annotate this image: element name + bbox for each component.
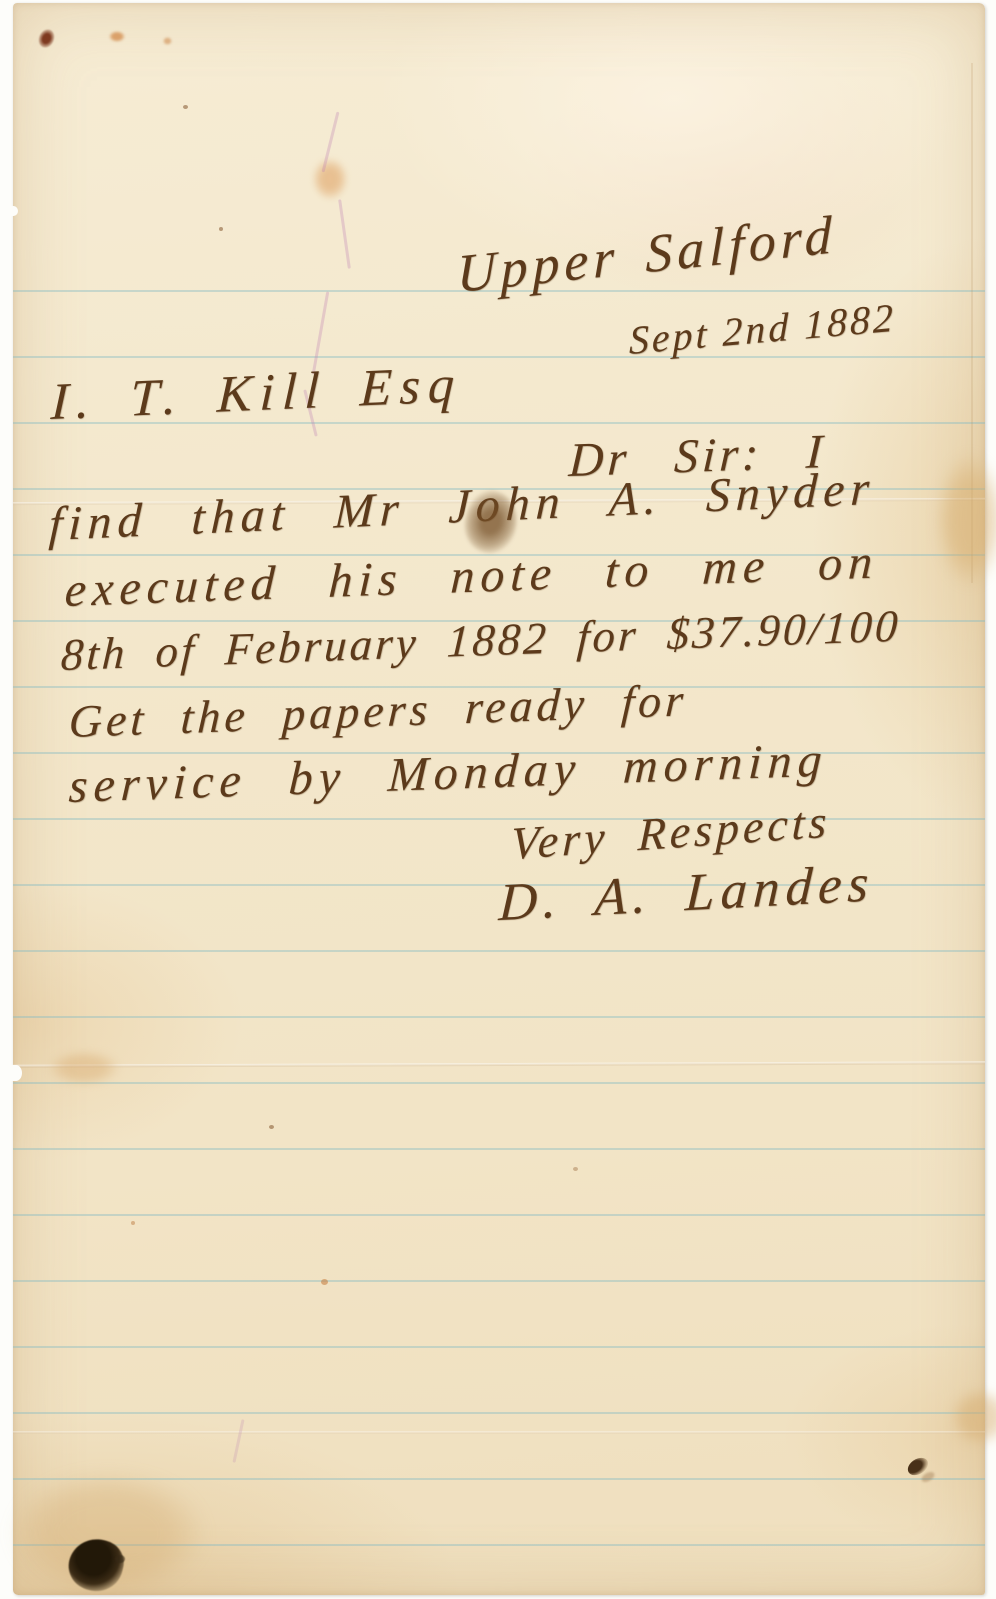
ink-bleed-through	[338, 199, 351, 269]
speck	[183, 105, 188, 109]
edge-notch	[10, 1065, 22, 1081]
stain	[163, 37, 172, 45]
ink-bleed-through	[322, 112, 340, 173]
speck	[131, 1221, 135, 1225]
vertical-crease	[971, 63, 973, 583]
stain	[109, 31, 125, 42]
speck	[269, 1125, 274, 1129]
stain	[313, 159, 347, 199]
speck	[321, 1279, 328, 1285]
stain	[36, 27, 58, 51]
speck	[219, 227, 223, 231]
ink-blot-satellite	[115, 1555, 125, 1563]
letter-paper: Upper Salford Sept 2nd 1882 I. T. Kill E…	[13, 3, 985, 1595]
scanned-letter-page: { "document": { "kind": "handwritten let…	[0, 0, 996, 1599]
speck	[573, 1167, 578, 1171]
edge-notch	[9, 206, 18, 216]
